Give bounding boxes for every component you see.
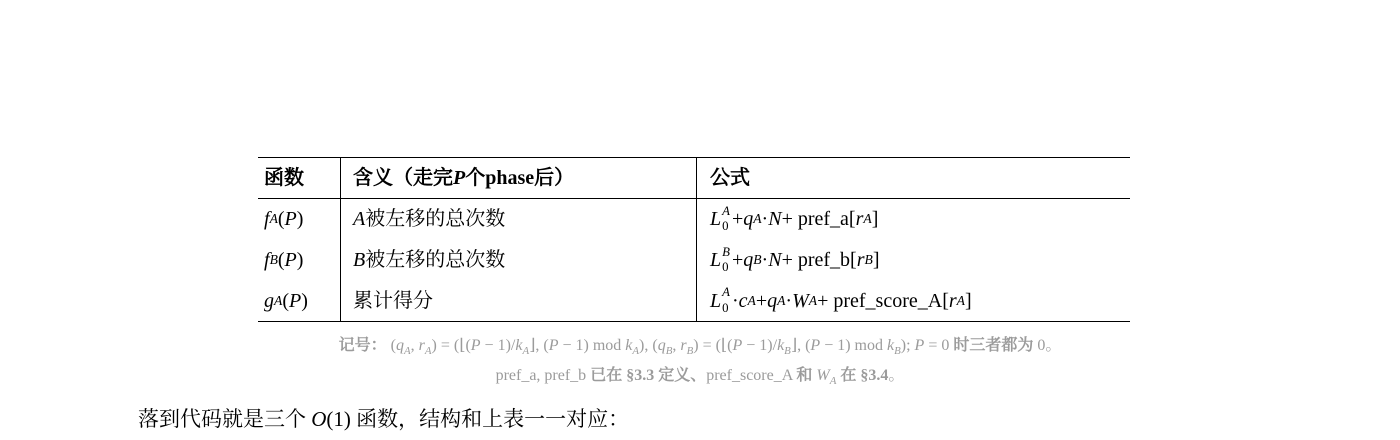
table-row-fB: fB(P) B 被左移的总次数 LB0 + qB · N + pref_b[rB… [258,240,1130,281]
cell-function-fB: fB(P) [258,240,341,281]
table-row-fA: fA(P) A 被左移的总次数 LA0 + qA · N + pref_a[rA… [258,199,1130,240]
cell-meaning-fB: B 被左移的总次数 [341,240,697,281]
document-page: 函数 含义（走完 P 个 phase 后） 公式 fA(P) A 被左移的总次数… [0,0,1400,440]
cell-formula-fB: LB0 + qB · N + pref_b[rB] [697,240,1130,281]
functions-table: 函数 含义（走完 P 个 phase 后） 公式 fA(P) A 被左移的总次数… [258,157,1130,322]
body-paragraph: 落到代码就是三个 O(1) 函数，结构和上表一一对应： [138,404,629,434]
cell-function-fA: fA(P) [258,199,341,240]
table-row-gA: gA(P) 累计得分 LA0 · cA + qA · WA + pref_sco… [258,280,1130,321]
cell-formula-gA: LA0 · cA + qA · WA + pref_score_A[rA] [697,280,1130,321]
table-header-row: 函数 含义（走完 P 个 phase 后） 公式 [258,157,1130,199]
table-body: fA(P) A 被左移的总次数 LA0 + qA · N + pref_a[rA… [258,199,1130,322]
cell-meaning-fA: A 被左移的总次数 [341,199,697,240]
cell-formula-fA: LA0 + qA · N + pref_a[rA] [697,199,1130,240]
header-cell-formula: 公式 [697,158,1130,198]
cell-function-gA: gA(P) [258,280,341,321]
cell-meaning-gA: 累计得分 [341,280,697,321]
note-line-2: pref_a, pref_b 已在 §3.3 定义、pref_score_A 和… [138,361,1262,391]
notation-note: 记号： (qA, rA) = (⌊(P − 1)/kA⌋, (P − 1) mo… [138,331,1262,391]
note-line-1: 记号： (qA, rA) = (⌊(P − 1)/kA⌋, (P − 1) mo… [138,331,1262,361]
header-cell-function: 函数 [258,158,341,198]
header-cell-meaning: 含义（走完 P 个 phase 后） [341,158,697,198]
